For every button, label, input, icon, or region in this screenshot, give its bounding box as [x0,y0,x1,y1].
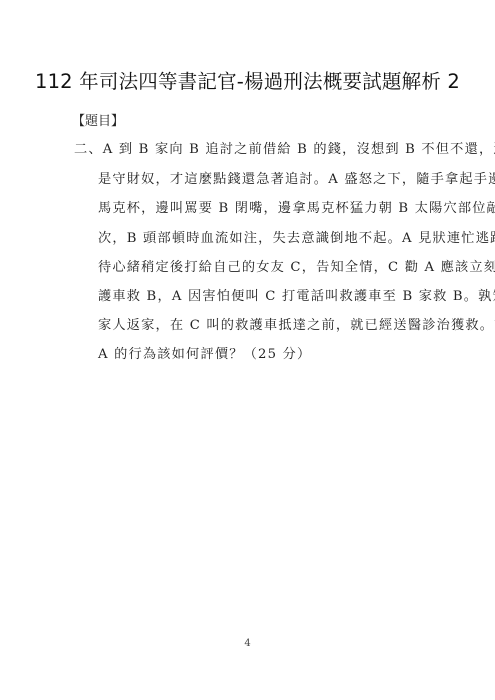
question-line: 是守財奴，才這麼點錢還急著追討。A 盛怒之下，隨手拿起手邊的 [98,172,495,188]
question-line: 護車救 B，A 因害怕便叫 C 打電話叫救護車至 B 家救 B。孰知，B 因 [98,289,495,305]
question-line: 二、A 到 B 家向 B 追討之前借給 B 的錢，沒想到 B 不但不還，還嘲諷 … [74,142,495,158]
question-line: A 的行為該如何評價？（25 分） [98,347,311,363]
document-title: 112 年司法四等書記官-楊過刑法概要試題解析 2 [0,66,495,94]
section-label-question: 【題目】 [72,110,124,129]
page-number: 4 [0,638,495,649]
question-line: 待心緒稍定後打給自己的女友 C，告知全情，C 勸 A 應該立刻叫救 [98,260,495,276]
document-page: 112 年司法四等書記官-楊過刑法概要試題解析 2 【題目】 二、A 到 B 家… [0,0,495,700]
question-line: 家人返家，在 C 叫的救護車抵達之前，就已經送醫診治獲救。請問 [98,318,495,334]
question-line: 馬克杯，邊叫罵要 B 閉嘴，邊拿馬克杯猛力朝 B 太陽穴部位敲擊數 [98,201,495,217]
question-line: 次，B 頭部頓時血流如注，失去意識倒地不起。A 見狀連忙逃跑， [98,231,495,247]
